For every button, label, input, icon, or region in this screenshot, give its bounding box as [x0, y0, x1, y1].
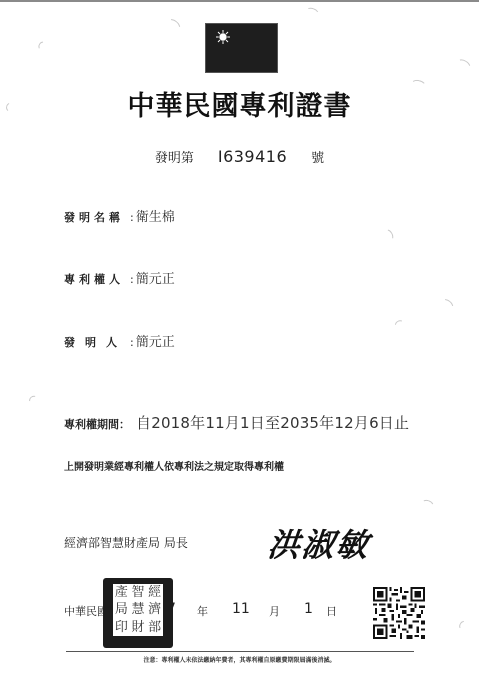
white-sun-icon [216, 30, 230, 44]
seal-char: 印 [113, 619, 130, 636]
field-label: 發明人 [64, 334, 130, 350]
top-border [0, 0, 479, 2]
field-value: 簡元正 [136, 272, 175, 287]
month-label: 月 [269, 603, 280, 619]
qr-code-icon[interactable] [373, 587, 425, 639]
patent-number: I639416 [218, 147, 287, 166]
patent-term: 專利權期間：自2018年11月1日至2035年12月6日止 [64, 412, 409, 433]
patent-number-prefix: 發明第 [155, 151, 194, 166]
roc-flag-icon [205, 23, 278, 73]
paper-fiber [304, 6, 321, 20]
issue-day: 1 [304, 601, 313, 617]
grant-statement: 上開發明業經專利權人依專利法之規定取得專利權 [64, 458, 284, 473]
patent-number-line: 發明第I639416號 [0, 147, 479, 166]
seal-char: 經 [146, 584, 163, 601]
seal-char: 濟 [146, 601, 163, 618]
field-label: 專利權人 [64, 271, 130, 287]
paper-fiber [36, 39, 56, 57]
paper-fiber [453, 57, 473, 75]
seal-char: 慧 [130, 601, 147, 618]
certificate-title: 中華民國專利證書 [0, 84, 479, 123]
field-inventor: 發明人:簡元正 [64, 331, 175, 350]
seal-char: 局 [113, 601, 130, 618]
seal-char: 產 [113, 584, 130, 601]
director-signature: 洪淑敏 [266, 520, 373, 566]
field-value: 簡元正 [136, 335, 175, 350]
day-label: 日 [326, 603, 337, 619]
field-value: 衛生棉 [136, 210, 175, 225]
issue-date-prefix: 中華民國 [64, 603, 108, 619]
paper-fiber [438, 297, 455, 314]
seal-char: 財 [130, 619, 147, 636]
field-colon: : [130, 211, 134, 224]
issuing-authority: 經濟部智慧財產局 局長 [64, 534, 188, 551]
issue-month: 11 [232, 601, 250, 617]
official-seal-icon: 產 智 經 局 慧 濟 印 財 部 [103, 578, 173, 648]
field-colon: : [130, 273, 134, 286]
patent-number-suffix: 號 [311, 151, 324, 166]
seal-char: 部 [146, 619, 163, 636]
paper-fiber [457, 618, 475, 635]
field-patentee: 專利權人:簡元正 [64, 268, 175, 287]
field-label: 發明名稱 [64, 209, 130, 225]
field-invention-name: 發明名稱:衛生棉 [64, 206, 175, 225]
footer-divider [66, 651, 414, 652]
patent-certificate: 中華民國專利證書 發明第I639416號 發明名稱:衛生棉 專利權人:簡元正 發… [0, 0, 479, 687]
paper-fiber [26, 393, 45, 413]
fee-notice: 注意：專利權人未依法繳納年費者，其專利權自原繳費期限屆滿後消滅。 [0, 655, 479, 664]
paper-fiber [378, 227, 395, 245]
year-label: 年 [197, 603, 208, 619]
paper-fiber [392, 318, 409, 336]
seal-face: 產 智 經 局 慧 濟 印 財 部 [113, 584, 163, 636]
paper-fiber [418, 498, 435, 514]
term-label: 專利權期間： [64, 418, 130, 431]
seal-char: 智 [130, 584, 147, 601]
field-colon: : [130, 336, 134, 349]
paper-fiber [163, 16, 183, 35]
term-value: 自2018年11月1日至2035年12月6日止 [136, 414, 409, 432]
